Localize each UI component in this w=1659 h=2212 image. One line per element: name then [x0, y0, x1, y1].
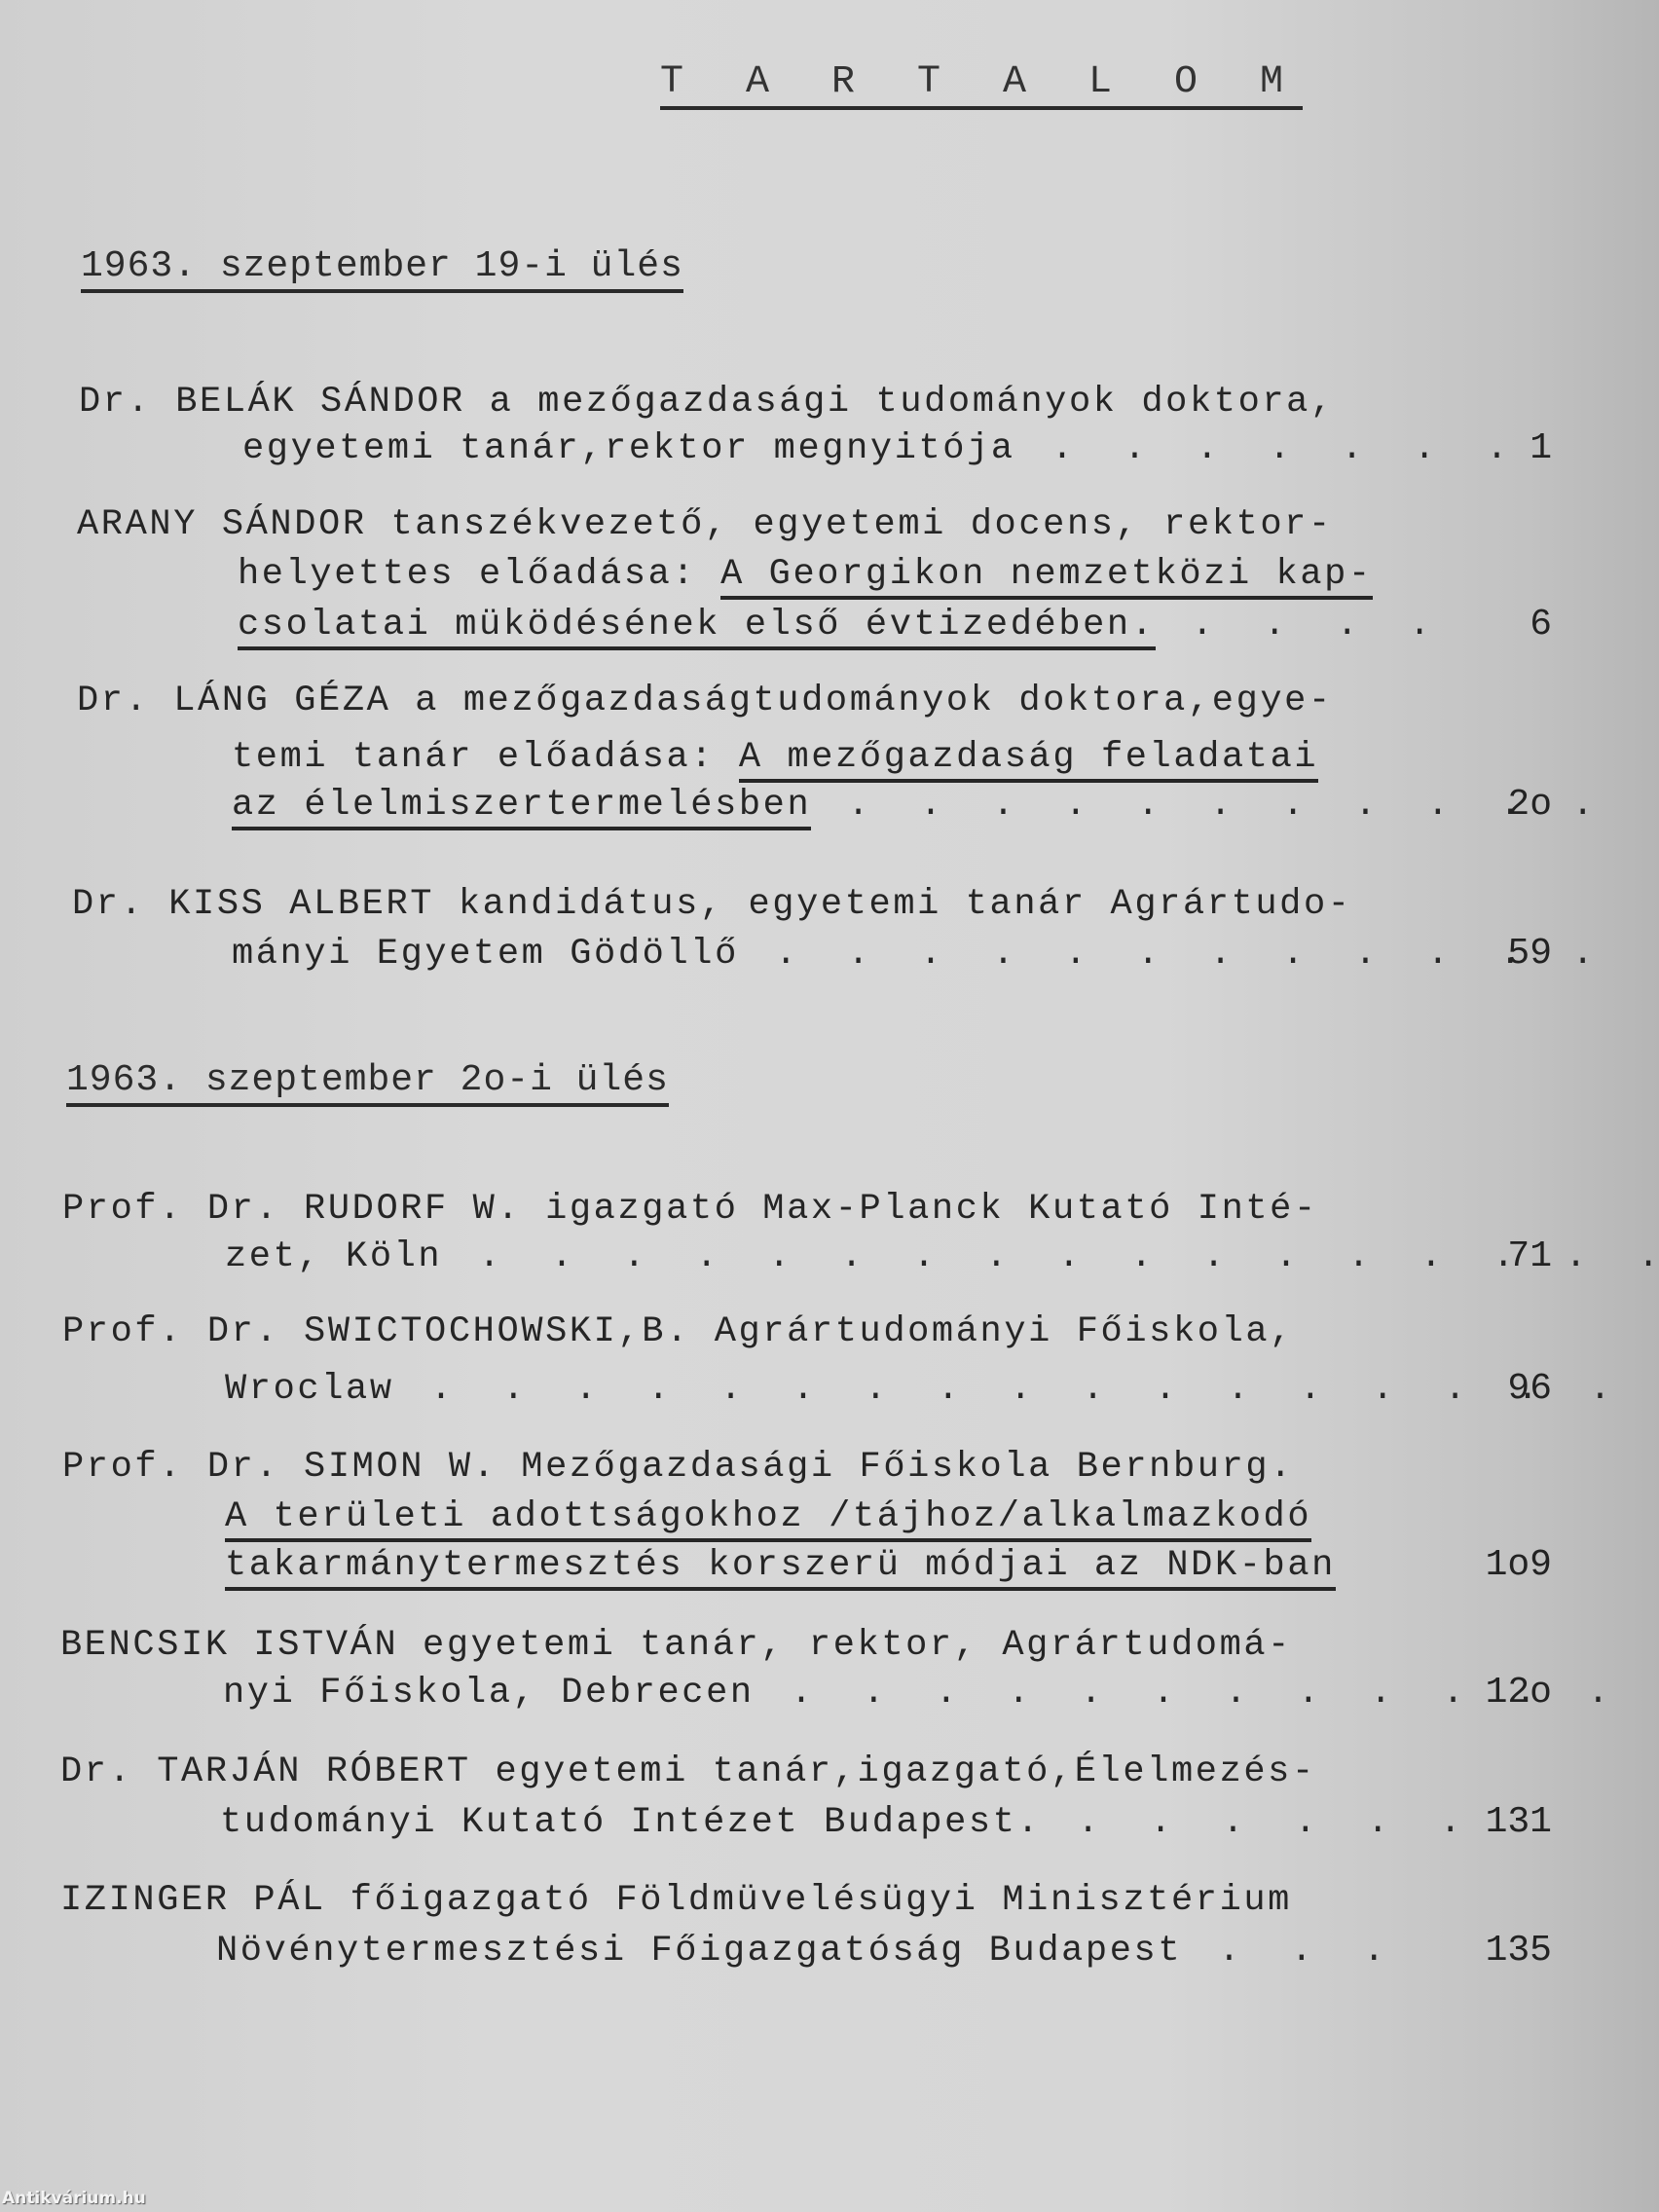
entry-line: Dr. KISS ALBERT kandidátus, egyetemi tan… — [72, 883, 1352, 926]
page-number: 2o — [1435, 784, 1552, 827]
entry-line: helyettes előadása: A Georgikon nemzetkö… — [238, 553, 1373, 596]
entry-line: az élelmiszertermelésben . . . . . . . .… — [232, 784, 1608, 827]
entry-line: Prof. Dr. SWICTOCHOWSKI,B. Agrártudomány… — [62, 1310, 1294, 1353]
entry-line: Prof. Dr. RUDORF W. igazgató Max-Planck … — [62, 1188, 1318, 1231]
page-number: 131 — [1435, 1801, 1552, 1844]
entry-line: tudományi Kutató Intézet Budapest. . . .… — [220, 1801, 1476, 1844]
lecture-title: A Georgikon nemzetközi kap- — [720, 554, 1373, 600]
dot-leader: . . . . — [1156, 605, 1446, 645]
lecture-title: A területi adottságokhoz /tájhoz/alkalma… — [225, 1496, 1311, 1542]
lecture-title: csolatai müködésének első évtizedében. — [238, 605, 1156, 650]
page-number: 135 — [1435, 1930, 1552, 1972]
entry-line: IZINGER PÁL főigazgató Földmüvelésügyi M… — [60, 1879, 1292, 1922]
page-number: 1 — [1435, 427, 1552, 470]
page-number: 6 — [1435, 604, 1552, 646]
lecture-title: az élelmiszertermelésben — [232, 785, 811, 830]
page-number: 71 — [1435, 1235, 1552, 1278]
watermark: Antikvárium.hu — [2, 2189, 146, 2208]
entry-line: Prof. Dr. SIMON W. Mezőgazdasági Főiskol… — [62, 1446, 1294, 1489]
section-heading-1: 1963. szeptember 19-i ülés — [81, 245, 683, 293]
entry-line: Növénytermesztési Főigazgatóság Budapest… — [216, 1930, 1399, 1972]
dot-leader: . . . — [1182, 1931, 1399, 1972]
section-heading-2: 1963. szeptember 2o-i ülés — [66, 1059, 669, 1107]
entry-line: BENCSIK ISTVÁN egyetemi tanár, rektor, A… — [60, 1624, 1292, 1667]
entry-line: Dr. BELÁK SÁNDOR a mezőgazdasági tudomán… — [79, 381, 1335, 424]
page-number: 96 — [1435, 1368, 1552, 1411]
page-number: 59 — [1435, 933, 1552, 976]
entry-line: Dr. TARJÁN RÓBERT egyetemi tanár,igazgat… — [60, 1751, 1316, 1793]
page-number: 12o — [1435, 1672, 1552, 1714]
entry-line: Dr. LÁNG GÉZA a mezőgazdaságtudományok d… — [77, 680, 1333, 722]
entry-line: csolatai müködésének első évtizedében. .… — [238, 604, 1445, 646]
entry-line: egyetemi tanár,rektor megnyitója . . . .… — [242, 427, 1523, 470]
dot-leader: . . . . . . — [1041, 1802, 1475, 1843]
entry-line: mányi Egyetem Gödöllő . . . . . . . . . … — [232, 933, 1608, 976]
lecture-title: takarmánytermesztés korszerü módjai az N… — [225, 1545, 1336, 1591]
entry-line: takarmánytermesztés korszerü módjai az N… — [225, 1544, 1336, 1587]
lecture-title: A mezőgazdaság feladatai — [739, 737, 1318, 783]
bleed-through-text — [175, 29, 200, 71]
entry-line: temi tanár előadása: A mezőgazdaság fela… — [232, 736, 1318, 779]
entry-line: ARANY SÁNDOR tanszékvezető, egyetemi doc… — [77, 503, 1333, 546]
page-number: 1o9 — [1435, 1544, 1552, 1587]
entry-line: A területi adottságokhoz /tájhoz/alkalma… — [225, 1495, 1311, 1538]
document-title: T A R T A L O M — [660, 60, 1303, 110]
